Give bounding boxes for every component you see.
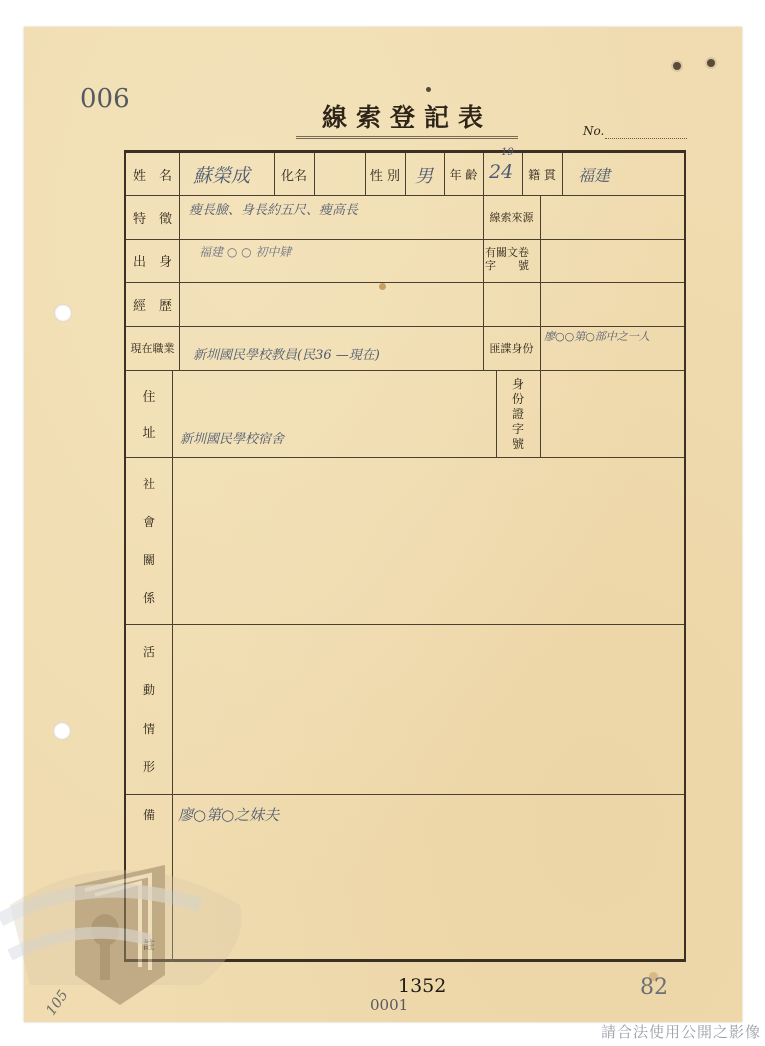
activities-field[interactable]: [172, 624, 684, 794]
staple-hole: [707, 59, 715, 67]
file-label-line1: 有關文卷: [485, 246, 538, 259]
background-label: 出 身: [126, 239, 179, 282]
name-field[interactable]: 蘇榮成: [179, 153, 274, 195]
experience-field[interactable]: [179, 282, 684, 326]
experience-label: 經 歷: [126, 282, 179, 326]
sex-label: 性 別: [365, 153, 405, 195]
sex-field[interactable]: 男: [405, 153, 444, 195]
punch-hole-lower: [53, 722, 71, 740]
age-value: 24: [489, 161, 513, 183]
staple-hole: [673, 62, 681, 70]
activities-label-char: 動: [143, 681, 155, 698]
source-label: 線索來源: [483, 195, 540, 239]
occupation-label: 現在職業: [126, 326, 179, 370]
id-number-field[interactable]: [540, 370, 684, 457]
ink-dot: [426, 87, 431, 92]
identity-label: 匪諜身份: [483, 326, 540, 370]
number-field[interactable]: [605, 138, 687, 139]
social-relations-label: 社 會 關 係: [126, 457, 172, 624]
punch-hole-upper: [54, 304, 72, 322]
registration-form: 姓 名 蘇榮成 化名 性 別 男 年 齡 19 24 籍 貫 福建 特 徵 瘦長…: [124, 150, 686, 962]
file-number-field[interactable]: [540, 239, 684, 282]
file-number-label: 有關文卷 字 號: [483, 239, 540, 282]
id-label-char: 證: [512, 407, 524, 421]
social-label-char: 社: [143, 475, 155, 492]
remarks-label-char: 備: [143, 806, 155, 823]
id-label-char: 份: [512, 392, 524, 406]
bottom-right-annotation: 82: [640, 975, 668, 1000]
features-field[interactable]: 瘦長臉、身長約五尺、瘦高長: [179, 195, 483, 239]
address-label-char: 住: [142, 386, 155, 405]
id-label-char: 身: [512, 377, 524, 391]
bottom-stamp: 0001: [370, 996, 408, 1014]
address-label: 住 址: [126, 370, 172, 457]
sex-value: 男: [415, 162, 433, 188]
remarks-value: 廖○第○之妹夫: [178, 804, 279, 825]
features-value: 瘦長臉、身長約五尺、瘦高長: [189, 199, 358, 218]
usage-watermark: 請合法使用公開之影像: [601, 1021, 761, 1042]
address-field[interactable]: 新圳國民學校宿舍: [172, 370, 496, 457]
name-value: 蘇榮成: [193, 161, 250, 188]
address-value: 新圳國民學校宿舍: [180, 428, 284, 447]
id-label-char: 字: [512, 422, 524, 436]
occupation-field[interactable]: 新圳國民學校教員(民36 —現在): [179, 326, 483, 370]
background-value: 福建 ○ ○ 初中肄: [199, 243, 291, 260]
activities-label: 活 動 情 形: [126, 624, 172, 794]
alias-field[interactable]: [314, 153, 365, 195]
id-number-label: 身 份 證 字 號: [496, 370, 540, 457]
id-label-char: 號: [512, 437, 524, 451]
number-label: No.: [583, 124, 604, 138]
corner-annotation: 006: [80, 84, 130, 114]
activities-label-char: 形: [143, 758, 155, 775]
page-number: 1352: [398, 975, 446, 997]
activities-label-char: 情: [143, 720, 155, 737]
origin-label: 籍 貫: [522, 153, 562, 195]
social-label-char: 會: [143, 513, 155, 530]
social-relations-field[interactable]: [172, 457, 684, 624]
age-note: 19: [501, 147, 514, 158]
archive-logo-watermark: [0, 845, 250, 1025]
background-field[interactable]: 福建 ○ ○ 初中肄: [179, 239, 483, 282]
origin-field[interactable]: 福建: [562, 153, 684, 195]
age-field[interactable]: 19 24: [483, 153, 522, 195]
social-label-char: 係: [143, 589, 155, 606]
social-label-char: 關: [143, 551, 155, 568]
features-label: 特 徵: [126, 195, 179, 239]
occupation-value: 新圳國民學校教員(民36 —現在): [193, 344, 380, 363]
address-label-char: 址: [142, 422, 155, 441]
source-field[interactable]: [540, 195, 684, 239]
alias-label: 化名: [274, 153, 314, 195]
origin-value: 福建: [578, 163, 610, 186]
identity-value: 廖○○第○部中之一人: [544, 328, 679, 344]
form-title: 線索登記表: [296, 98, 518, 139]
age-label: 年 齡: [444, 153, 483, 195]
file-label-line2: 字 號: [485, 259, 538, 272]
name-label: 姓 名: [126, 153, 179, 195]
activities-label-char: 活: [143, 643, 155, 660]
identity-field[interactable]: 廖○○第○部中之一人: [540, 326, 684, 370]
